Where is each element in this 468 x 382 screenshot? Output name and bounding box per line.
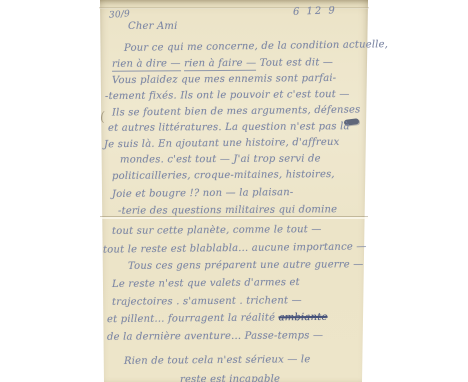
handwriting-line: tout sur cette planète, comme le tout — <box>112 224 322 238</box>
letter-date: 6 12 9 <box>293 5 337 19</box>
handwriting-text: tout le reste est blablabla... aucune im… <box>103 241 367 255</box>
handwriting-text: -terie des questions militaires qui domi… <box>118 204 337 217</box>
handwriting-text: Joie et bougre !? non — la plaisan- <box>112 187 294 200</box>
handwriting-text: Je suis là. En ajoutant une histoire, d'… <box>104 137 340 150</box>
handwriting-text: Rien de tout cela n'est sérieux — le <box>124 354 311 367</box>
handwriting-line: politicailleries, croque-mitaines, histo… <box>112 169 335 183</box>
annotation-top-left: 30/9 <box>109 8 131 21</box>
handwriting-line: -tement fixés. Ils ont le pouvoir et c'e… <box>105 89 350 103</box>
handwriting-line: Vous plaidez que mes ennemis sont parfai… <box>112 73 336 87</box>
handwriting-text: Ils se foutent bien de mes arguments, dé… <box>112 104 361 118</box>
handwriting-text: et pillent... fourragent la réalité <box>107 312 279 325</box>
handwriting-line: trajectoires . s'amusent . trichent — <box>112 295 302 309</box>
handwriting-line: Rien de tout cela n'est sérieux — le <box>124 354 311 368</box>
handwriting-text: de la dernière aventure... Passe-temps — <box>107 330 323 343</box>
handwriting-text: trajectoires . s'amusent . trichent — <box>112 295 302 308</box>
handwriting-line: Le reste n'est que valets d'armes et <box>112 277 300 291</box>
handwriting-line: Je suis là. En ajoutant une histoire, d'… <box>104 137 340 151</box>
photo-of-letter: 30/9 6 12 9 Cher Ami ( Pour ce qui me co… <box>0 0 468 382</box>
handwriting-line: reste est incapable <box>180 374 280 382</box>
underlined-phrase: rien à dire — <box>112 58 181 71</box>
handwriting-line: Tous ces gens préparent une autre guerre… <box>128 259 364 273</box>
handwriting-text: et autres littératures. La question n'es… <box>108 121 350 134</box>
handwriting-line: rien à dire — rien à faire — Tout est di… <box>112 57 333 71</box>
handwriting-line: et pillent... fourragent la réalité ambi… <box>107 312 328 326</box>
handwriting-text: -tement fixés. Ils ont le pouvoir et c'e… <box>105 89 350 102</box>
handwriting-text: tout sur cette planète, comme le tout — <box>112 224 322 237</box>
handwriting-text: politicailleries, croque-mitaines, histo… <box>112 169 335 182</box>
handwriting-text: reste est incapable <box>180 374 280 382</box>
handwriting-text: Tous ces gens préparent une autre guerre… <box>128 259 364 272</box>
handwriting-line: et autres littératures. La question n'es… <box>108 121 350 135</box>
handwriting-line: -terie des questions militaires qui domi… <box>118 204 337 218</box>
handwriting-line: mondes. c'est tout — J'ai trop servi de <box>120 153 321 166</box>
handwriting-text: Le reste n'est que valets d'armes et <box>112 277 300 290</box>
handwriting-text: Pour ce qui me concerne, de la condition… <box>124 39 388 54</box>
handwriting-line: Joie et bougre !? non — la plaisan- <box>112 187 294 201</box>
letter-salutation: Cher Ami <box>128 21 177 33</box>
handwriting-text: Tout est dit — <box>256 57 333 69</box>
handwriting-text: mondes. c'est tout — J'ai trop servi de <box>120 153 321 165</box>
handwriting-text: Vous plaidez que mes ennemis sont parfai… <box>112 73 336 86</box>
handwriting-line: de la dernière aventure... Passe-temps — <box>107 330 323 344</box>
struck-through-word: ambiante <box>278 312 327 324</box>
underlined-phrase: rien à faire — <box>184 58 256 72</box>
